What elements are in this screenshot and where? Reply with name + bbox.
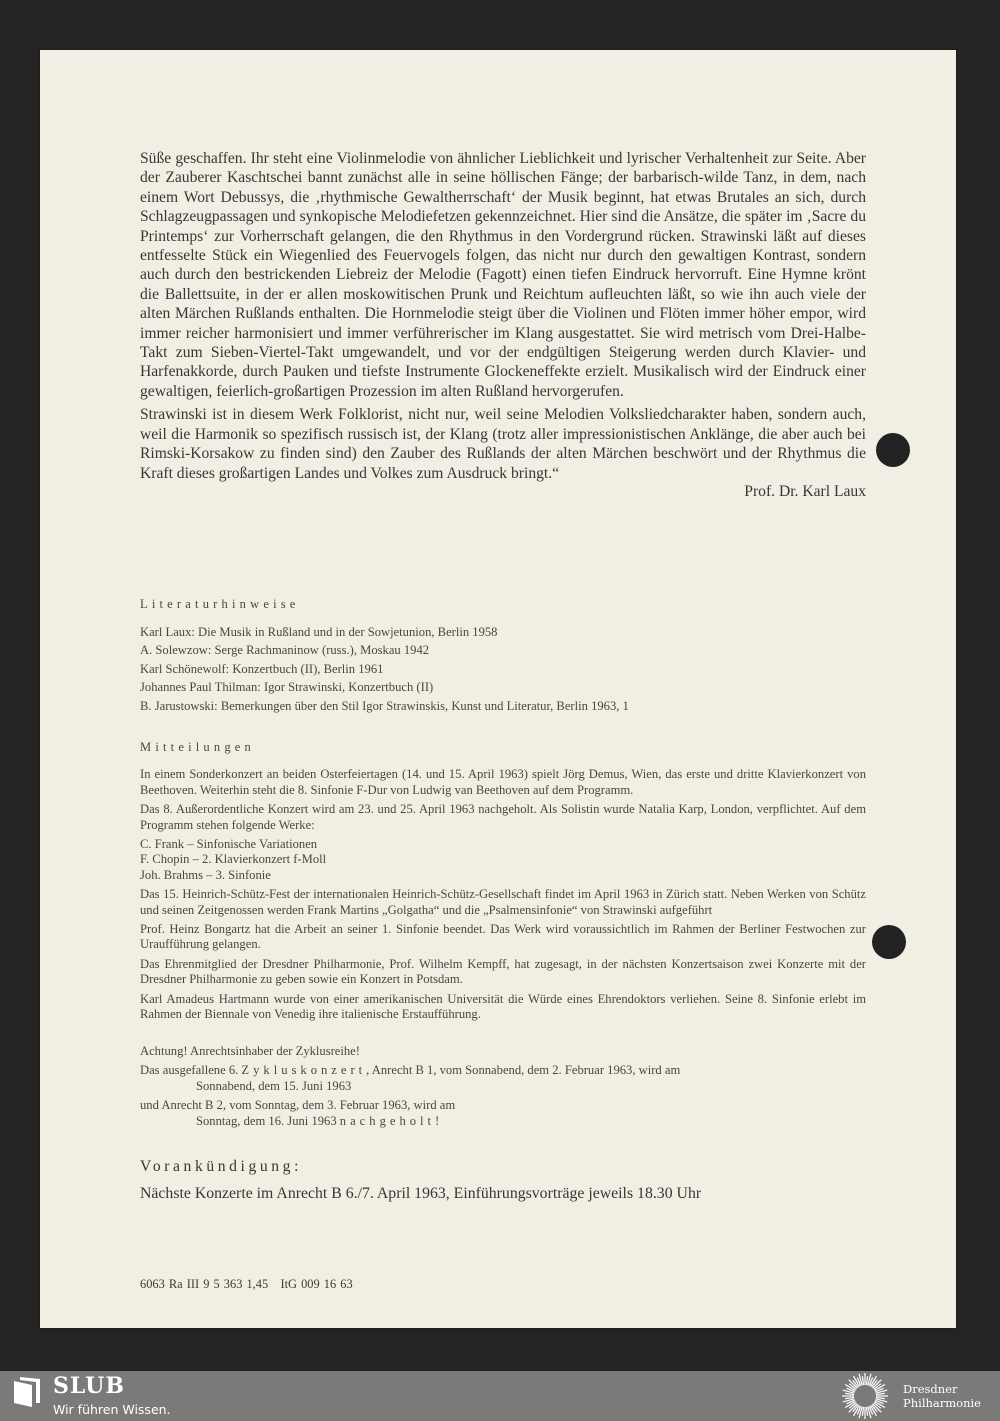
preview-section: Vorankündigung: Nächste Konzerte im Anre… (140, 1158, 866, 1203)
punch-hole (876, 433, 910, 467)
program-work: Joh. Brahms – 3. Sinfonie (140, 868, 866, 883)
literature-item: Johannes Paul Thilman: Igor Strawinski, … (140, 678, 866, 697)
announcement: In einem Sonderkonzert an beiden Osterfe… (140, 767, 866, 798)
announcements-section: Mitteilungen In einem Sonderkonzert an b… (140, 740, 866, 1027)
announcement: Das Ehrenmitglied der Dresdner Philharmo… (140, 957, 866, 988)
print-code: 6063 Ra III 9 5 363 1,45 ItG 009 16 63 (140, 1277, 866, 1292)
attention-notice-b2: und Anrecht B 2, vom Sonntag, dem 3. Feb… (140, 1098, 866, 1129)
philharmonie-sun-icon (841, 1372, 889, 1420)
philharmonie-logo-name: Dresdner Philharmonie (903, 1382, 981, 1410)
essay-text: Süße geschaffen. Ihr steht eine Violinme… (140, 149, 866, 501)
announcement: Das 15. Heinrich-Schütz-Fest der interna… (140, 887, 866, 918)
program-works: C. Frank – Sinfonische Variationen F. Ch… (140, 837, 866, 883)
footer-bar: SLUB Wir führen Wissen. Dresdner Philhar… (0, 1371, 1000, 1421)
announcement: Das 8. Außerordentliche Konzert wird am … (140, 802, 866, 833)
essay-author: Prof. Dr. Karl Laux (140, 482, 866, 501)
literature-heading: Literaturhinweise (140, 595, 866, 614)
emphasis-spaced: Zykluskonzert (241, 1063, 366, 1077)
literature-item: B. Jarustowski: Bemerkungen über den Sti… (140, 697, 866, 716)
literature-item: Karl Laux: Die Musik in Rußland und in d… (140, 623, 866, 642)
program-work: F. Chopin – 2. Klavierkonzert f-Moll (140, 852, 866, 867)
preview-text: Nächste Konzerte im Anrecht B 6./7. Apri… (140, 1185, 866, 1203)
program-work: C. Frank – Sinfonische Variationen (140, 837, 866, 852)
essay-paragraph: Strawinski ist in diesem Werk Folklorist… (140, 405, 866, 483)
announcement: Karl Amadeus Hartmann wurde von einer am… (140, 992, 866, 1023)
preview-heading: Vorankündigung: (140, 1158, 866, 1176)
announcements-heading: Mitteilungen (140, 740, 866, 755)
punch-hole (872, 925, 906, 959)
attention-heading: Achtung! Anrechtsinhaber der Zyklusreihe… (140, 1044, 866, 1059)
attention-section: Achtung! Anrechtsinhaber der Zyklusreihe… (140, 1044, 866, 1133)
emphasis-spaced: nachgeholt! (340, 1114, 443, 1128)
announcement: Prof. Heinz Bongartz hat die Arbeit an s… (140, 922, 866, 953)
slub-logo-name: SLUB (53, 1373, 125, 1399)
document-page: Süße geschaffen. Ihr steht eine Violinme… (40, 50, 956, 1328)
literature-item: A. Solewzow: Serge Rachmaninow (russ.), … (140, 641, 866, 660)
essay-paragraph: Süße geschaffen. Ihr steht eine Violinme… (140, 149, 866, 401)
attention-notice-b1: Das ausgefallene 6. Zykluskonzert, Anrec… (140, 1063, 866, 1094)
literature-section: Literaturhinweise Karl Laux: Die Musik i… (140, 595, 866, 715)
literature-item: Karl Schönewolf: Konzertbuch (II), Berli… (140, 660, 866, 679)
slub-logo-tagline: Wir führen Wissen. (53, 1402, 171, 1417)
slub-book-icon (14, 1377, 40, 1407)
